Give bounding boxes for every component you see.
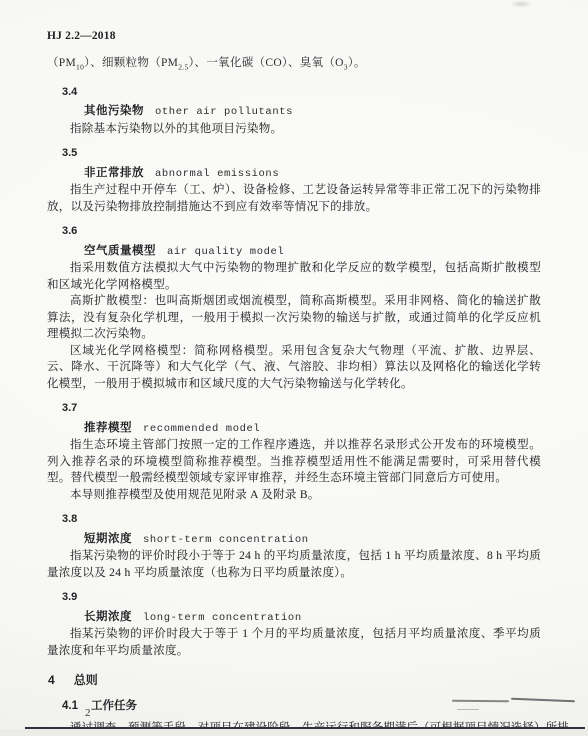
term-heading: 空气质量模型 air quality model bbox=[84, 242, 541, 261]
term-english: other air pollutants bbox=[155, 106, 293, 118]
scan-edge-strip bbox=[0, 729, 588, 736]
document-code-header: HJ 2.2—2018 bbox=[47, 30, 541, 42]
subscript: 10 bbox=[76, 62, 84, 71]
term-heading: 长期浓度 long-term concentration bbox=[84, 608, 541, 627]
term-chinese: 空气质量模型 bbox=[84, 245, 156, 257]
page-number: 2 bbox=[85, 707, 91, 719]
subsection-number: 4.1 bbox=[62, 700, 78, 712]
paragraph: 高斯扩散模型：也叫高斯烟团或烟流模型，简称高斯模型。采用非网格、简化的输送扩散算… bbox=[47, 293, 541, 343]
section-number: 3.7 bbox=[62, 400, 541, 417]
term-english: air quality model bbox=[167, 246, 284, 258]
paragraph: 指某污染物的评价时段小于等于 24 h 的平均质量浓度，包括 1 h 平均质量浓… bbox=[47, 548, 541, 581]
term-english: recommended model bbox=[143, 423, 260, 435]
term-english: abnormal emissions bbox=[155, 168, 279, 180]
intro-seg: ）、一氧化碳（CO）、臭氧（O bbox=[189, 57, 344, 69]
chapter-heading: 4总则 bbox=[48, 672, 541, 689]
subscript: 2.5 bbox=[178, 62, 188, 71]
section-number: 3.8 bbox=[62, 511, 541, 528]
document-page: HJ 2.2—2018 （PM10）、细颗粒物（PM2.5）、一氧化碳（CO）、… bbox=[0, 0, 588, 736]
scan-smudge bbox=[510, 0, 532, 8]
chapter-title: 总则 bbox=[74, 673, 98, 687]
term-english: short-term concentration bbox=[143, 534, 309, 546]
page-content: HJ 2.2—2018 （PM10）、细颗粒物（PM2.5）、一氧化碳（CO）、… bbox=[47, 0, 541, 736]
chapter-number: 4 bbox=[48, 673, 55, 687]
term-heading: 其他污染物 other air pollutants bbox=[84, 102, 541, 121]
paragraph: 指生态环境主管部门按照一定的工作程序遴选，并以推荐名录形式公开发布的环境模型。列… bbox=[47, 437, 541, 487]
subsection-title: 工作任务 bbox=[91, 700, 137, 712]
term-heading: 推荐模型 recommended model bbox=[84, 419, 541, 438]
section-number: 3.4 bbox=[62, 84, 541, 101]
term-chinese: 推荐模型 bbox=[84, 422, 132, 434]
paragraph: 指除基本污染物以外的其他项目污染物。 bbox=[47, 121, 541, 138]
term-chinese: 长期浓度 bbox=[84, 611, 132, 623]
paragraph: 本导则推荐模型及使用规范见附录 A 及附录 B。 bbox=[47, 487, 541, 504]
section-number: 3.6 bbox=[62, 223, 541, 240]
term-chinese: 非正常排放 bbox=[84, 167, 144, 179]
intro-seg: ）、细颗粒物（PM bbox=[84, 57, 178, 69]
term-heading: 非正常排放 abnormal emissions bbox=[84, 164, 541, 183]
paragraph: 区域光化学网格模型：简称网格模型。采用包含复杂大气物理（平流、扩散、边界层、云、… bbox=[47, 343, 541, 393]
intro-seg: （PM bbox=[47, 57, 76, 69]
footer-rule bbox=[25, 727, 585, 729]
intro-seg: ）。 bbox=[348, 57, 366, 69]
intro-line: （PM10）、细颗粒物（PM2.5）、一氧化碳（CO）、臭氧（O3）。 bbox=[47, 55, 541, 76]
section-number: 3.5 bbox=[62, 145, 541, 162]
paragraph: 指生产过程中开停车（工、炉）、设备检修、工艺设备运转异常等非正常工况下的污染物排… bbox=[47, 182, 541, 215]
term-chinese: 其他污染物 bbox=[84, 105, 144, 117]
term-chinese: 短期浓度 bbox=[84, 533, 132, 545]
section-number: 3.9 bbox=[62, 589, 541, 606]
term-heading: 短期浓度 short-term concentration bbox=[84, 530, 541, 549]
term-english: long-term concentration bbox=[143, 612, 302, 624]
pencil-dash-mark bbox=[457, 709, 479, 710]
paragraph: 指某污染物的评价时段大于等于 1 个月的平均质量浓度，包括月平均质量浓度、季平均… bbox=[47, 626, 541, 659]
paragraph: 指采用数值方法模拟大气中污染物的物理扩散和化学反应的数学模型，包括高斯扩散模型和… bbox=[47, 260, 541, 293]
